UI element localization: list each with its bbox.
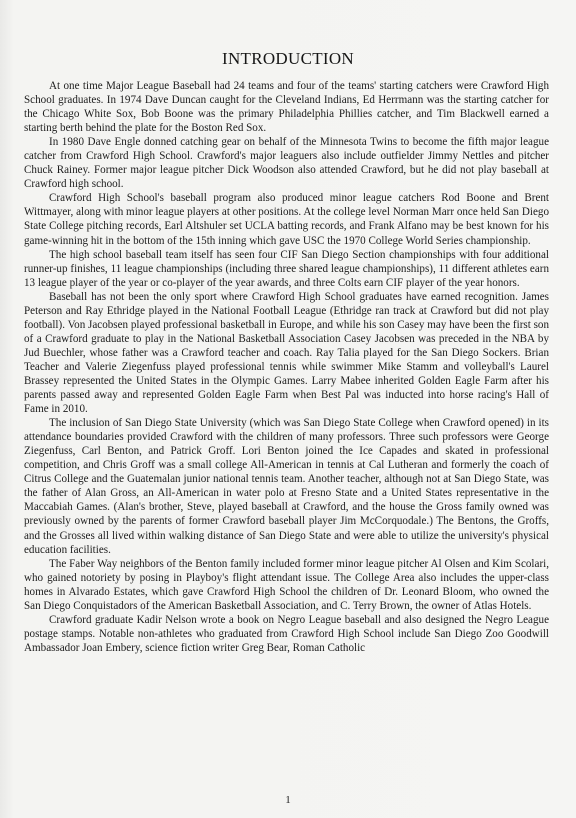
paragraph-catchers: At one time Major League Baseball had 24… <box>24 79 549 135</box>
paragraph-neighbors: The Faber Way neighbors of the Benton fa… <box>24 557 549 613</box>
paragraph-non-athletes: Crawford graduate Kadir Nelson wrote a b… <box>24 613 549 655</box>
paragraph-other-sports: Baseball has not been the only sport whe… <box>24 290 549 416</box>
page-number: 1 <box>0 794 576 806</box>
paragraph-professors: The inclusion of San Diego State Univers… <box>24 416 549 556</box>
body-text: At one time Major League Baseball had 24… <box>24 79 549 655</box>
paragraph-minor-league: Crawford High School's baseball program … <box>24 191 549 247</box>
paragraph-team-record: The high school baseball team itself has… <box>24 248 549 290</box>
paragraph-engle: In 1980 Dave Engle donned catching gear … <box>24 135 549 191</box>
document-page: INTRODUCTION At one time Major League Ba… <box>0 0 576 818</box>
page-title: INTRODUCTION <box>0 49 576 69</box>
